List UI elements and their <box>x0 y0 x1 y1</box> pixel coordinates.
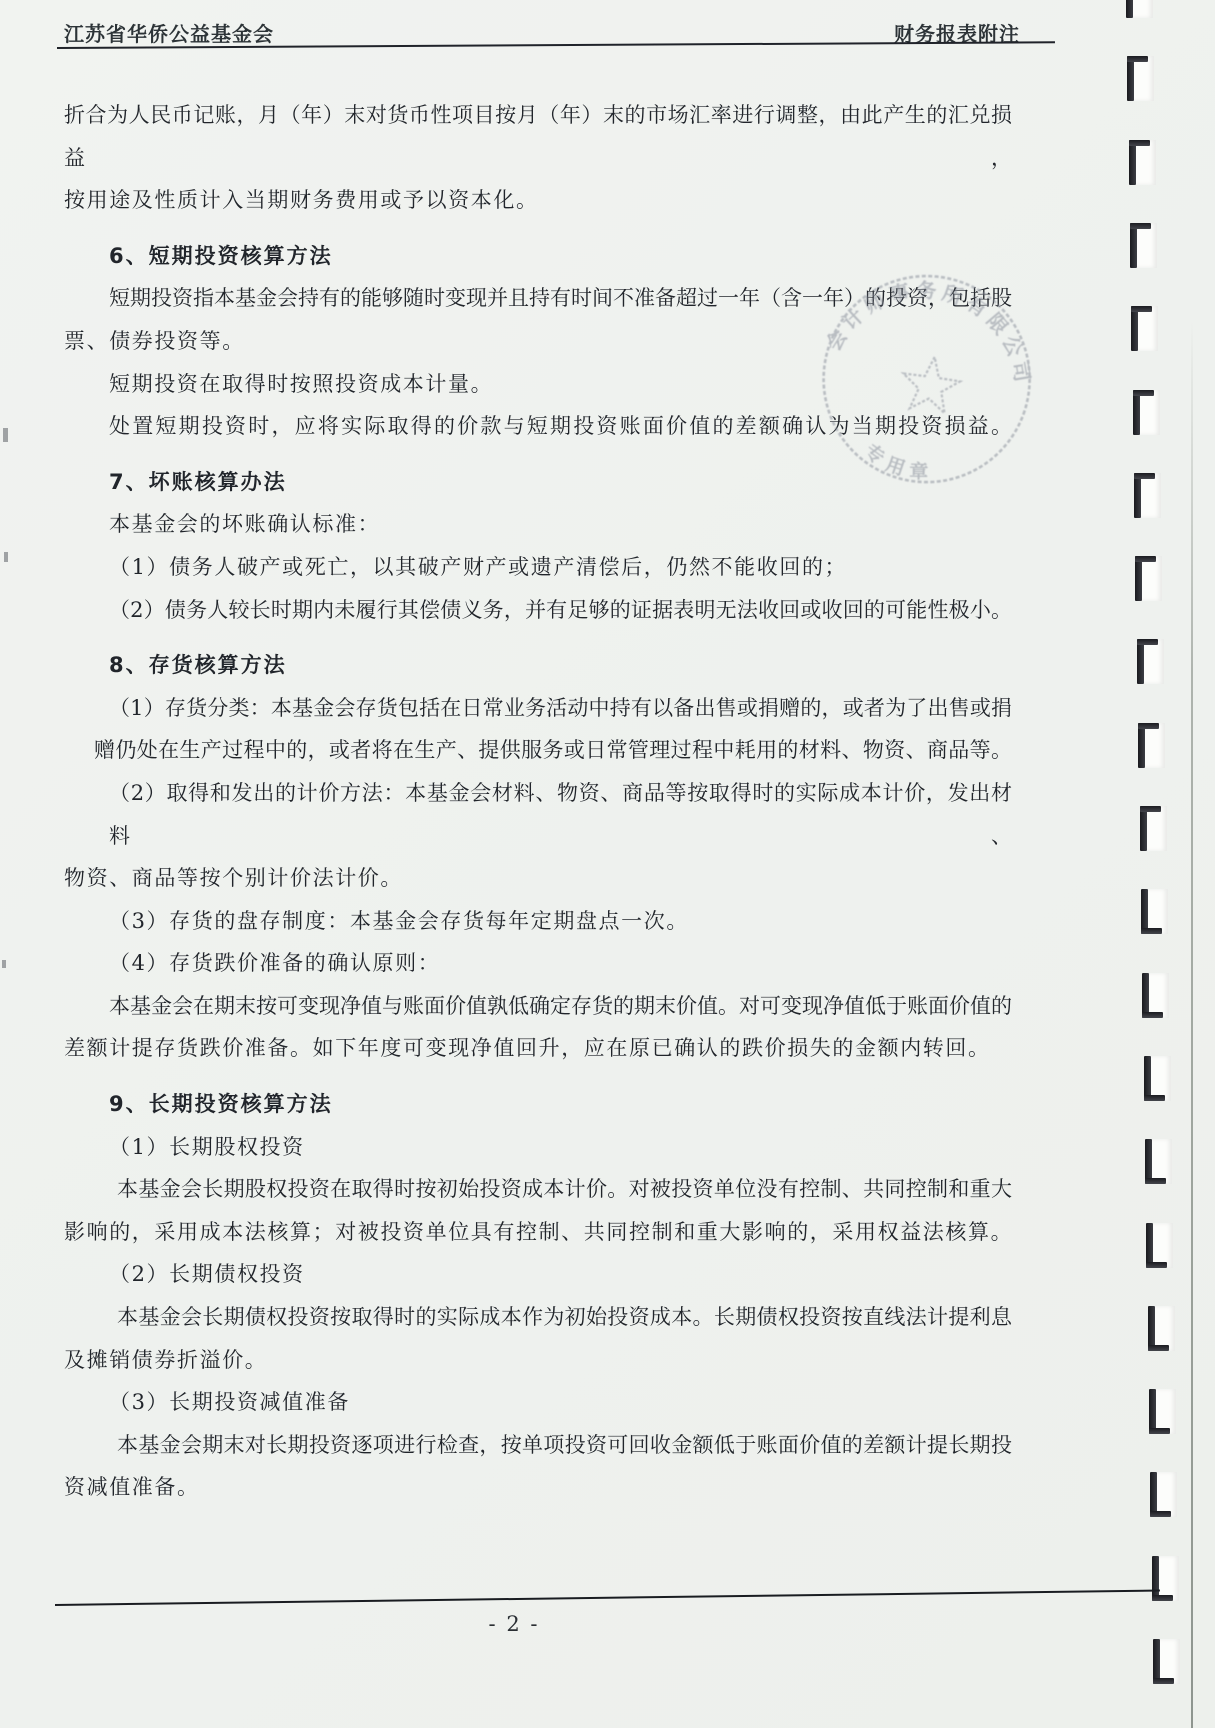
text-line: 处置短期投资时，应将实际取得的价款与短期投资账面价值的差额确认为当期投资损益。 <box>64 405 1012 448</box>
binding-hole-shadow <box>1148 1345 1169 1351</box>
text-line: （3）存货的盘存制度：本基金会存货每年定期盘点一次。 <box>64 900 1012 943</box>
page-number: - 2 - <box>64 1612 964 1636</box>
text-line: 本基金会在期末按可变现净值与账面价值孰低确定存货的期末价值。对可变现净值低于账面… <box>64 985 1012 1028</box>
binding-hole-shadow <box>1153 1678 1174 1684</box>
binding-hole <box>1149 1389 1176 1434</box>
section-heading: 8、存货核算方法 <box>64 644 1012 687</box>
binding-hole-shadow <box>1152 1556 1159 1601</box>
section-heading: 6、短期投资核算方法 <box>64 235 1012 278</box>
binding-hole-shadow <box>1137 639 1158 645</box>
binding-hole <box>1127 56 1154 101</box>
text-line: 赠仍处在生产过程中的，或者将在生产、提供服务或日常管理过程中耗用的材料、物资、商… <box>64 729 1012 772</box>
binding-hole-shadow <box>1127 56 1148 62</box>
text-line: （3）长期投资减值准备 <box>64 1381 1012 1424</box>
binding-hole-shadow <box>1127 56 1134 101</box>
text-line: 差额计提存货跌价准备。如下年度可变现净值回升，应在原已确认的跌价损失的金额内转回… <box>64 1027 1012 1070</box>
binding-hole-shadow <box>1135 556 1156 562</box>
binding-hole-shadow <box>1130 223 1137 268</box>
binding-hole-shadow <box>1152 1595 1173 1601</box>
text-line: （1）债务人破产或死亡，以其破产财产或遗产清偿后，仍然不能收回的； <box>64 546 1012 589</box>
binding-hole-shadow <box>1146 1223 1153 1268</box>
paper-edge-seam <box>1191 320 1193 1728</box>
text-line: 资减值准备。 <box>64 1466 1012 1509</box>
section-heading: 9、长期投资核算方法 <box>64 1083 1012 1126</box>
text-line: （2）债务人较长时期内未履行其偿债义务，并有足够的证据表明无法收回或收回的可能性… <box>64 589 1012 632</box>
binding-hole-shadow <box>1145 1178 1166 1184</box>
binding-hole-shadow <box>1149 1428 1170 1434</box>
text-line: 物资、商品等按个别计价法计价。 <box>64 857 1012 900</box>
text-line: 短期投资指本基金会持有的能够随时变现并且持有时间不准备超过一年（含一年）的投资，… <box>64 277 1012 320</box>
text-line: （1）存货分类：本基金会存货包括在日常业务活动中持有以备出售或捐赠的，或者为了出… <box>64 687 1012 730</box>
text-line: 本基金会长期股权投资在取得时按初始投资成本计价。对被投资单位没有控制、共同控制和… <box>64 1168 1012 1211</box>
section-heading: 7、坏账核算办法 <box>64 461 1012 504</box>
binding-hole <box>1130 223 1157 268</box>
footer-rule <box>55 1590 1160 1607</box>
text-line: 折合为人民币记账，月（年）末对货币性项目按月（年）末的市场汇率进行调整，由此产生… <box>64 94 1012 179</box>
text-line: 影响的，采用成本法核算；对被投资单位具有控制、共同控制和重大影响的，采用权益法核… <box>64 1211 1012 1254</box>
scanned-document-page: { "header": { "left_title": "江苏省华侨公益基金会"… <box>0 0 1215 1728</box>
binding-hole-shadow <box>1146 1262 1167 1268</box>
binding-hole-shadow <box>1134 473 1155 479</box>
binding-hole-shadow <box>1142 1012 1163 1018</box>
binding-hole <box>1126 0 1153 18</box>
binding-hole <box>1133 390 1160 435</box>
binding-hole-shadow <box>1135 556 1142 601</box>
binding-hole <box>1150 1472 1177 1517</box>
text-line: （4）存货跌价准备的确认原则： <box>64 942 1012 985</box>
binding-hole-shadow <box>1130 223 1151 229</box>
binding-hole-shadow <box>1129 140 1150 146</box>
scan-artifact <box>2 960 6 968</box>
binding-hole <box>1144 1056 1171 1101</box>
binding-hole <box>1146 1223 1173 1268</box>
binding-hole <box>1131 306 1158 351</box>
text-line: 按用途及性质计入当期财务费用或予以资本化。 <box>64 179 1012 222</box>
binding-hole <box>1137 639 1164 684</box>
binding-hole <box>1138 723 1165 768</box>
binding-hole <box>1134 473 1161 518</box>
binding-hole <box>1140 806 1167 851</box>
binding-hole <box>1135 556 1162 601</box>
document-body: 折合为人民币记账，月（年）末对货币性项目按月（年）末的市场汇率进行调整，由此产生… <box>64 94 1012 1509</box>
binding-hole-shadow <box>1140 806 1147 851</box>
binding-hole <box>1141 889 1168 934</box>
binding-hole-shadow <box>1140 806 1161 812</box>
text-line: 本基金会期末对长期投资逐项进行检查，按单项投资可回收金额低于账面价值的差额计提长… <box>64 1424 1012 1467</box>
text-line: （1）长期股权投资 <box>64 1126 1012 1169</box>
text-line: 本基金会的坏账确认标准： <box>64 503 1012 546</box>
binding-hole-shadow <box>1138 723 1145 768</box>
binding-hole-shadow <box>1134 473 1141 518</box>
scan-artifact <box>3 428 8 442</box>
binding-hole-shadow <box>1144 1095 1165 1101</box>
binding-hole-shadow <box>1131 306 1138 351</box>
text-line: （2）长期债权投资 <box>64 1253 1012 1296</box>
text-line: （2）取得和发出的计价方法：本基金会材料、物资、商品等按取得时的实际成本计价，发… <box>64 772 1012 857</box>
text-line: 票、债券投资等。 <box>64 320 1012 363</box>
binding-hole-shadow <box>1137 639 1144 684</box>
scan-artifact <box>4 552 8 562</box>
binding-hole-shadow <box>1131 306 1152 312</box>
binding-hole-shadow <box>1138 723 1159 729</box>
binding-hole <box>1152 1556 1179 1601</box>
binding-hole <box>1145 1139 1172 1184</box>
text-line: 短期投资在取得时按照投资成本计量。 <box>64 363 1012 406</box>
binding-hole-shadow <box>1141 928 1162 934</box>
text-line: 及摊销债券折溢价。 <box>64 1339 1012 1382</box>
binding-hole-shadow <box>1150 1511 1171 1517</box>
binding-hole-shadow <box>1126 0 1133 18</box>
binding-hole-shadow <box>1133 390 1154 396</box>
binding-hole <box>1153 1639 1180 1684</box>
binding-hole-shadow <box>1129 140 1136 185</box>
binding-hole-shadow <box>1142 973 1149 1018</box>
binding-hole <box>1148 1306 1175 1351</box>
binding-hole <box>1129 140 1156 185</box>
organization-title: 江苏省华侨公益基金会 <box>64 18 274 47</box>
text-line: 本基金会长期债权投资按取得时的实际成本作为初始投资成本。长期债权投资按直线法计提… <box>64 1296 1012 1339</box>
binding-hole <box>1142 973 1169 1018</box>
binding-hole-shadow <box>1133 390 1140 435</box>
